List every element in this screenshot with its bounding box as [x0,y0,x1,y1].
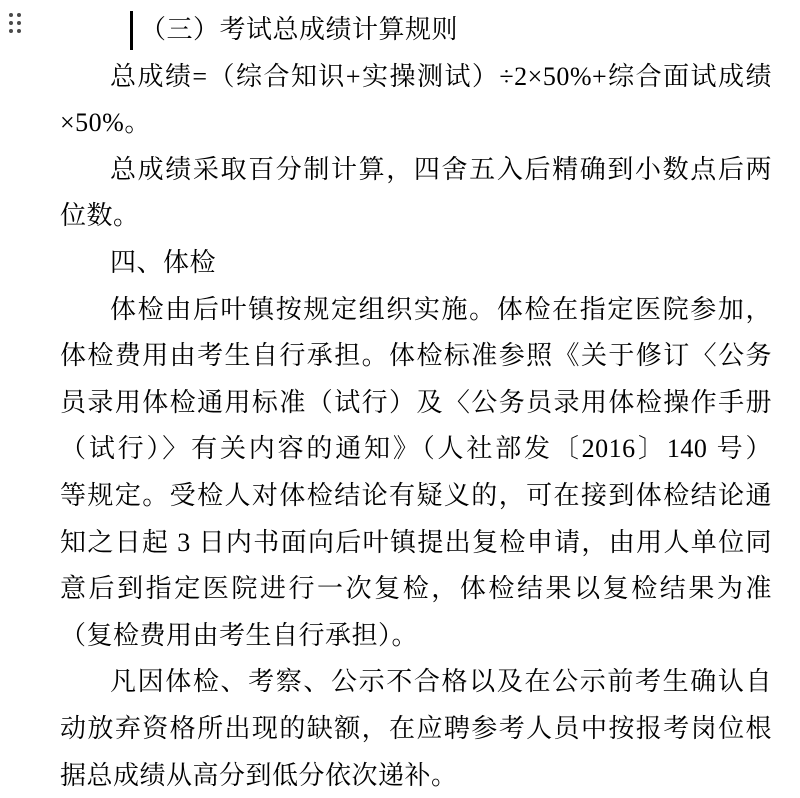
text-line-content: 凡因体检、考察、公示不合格以及在公示前考生确认自 [110,667,772,696]
text-line-content: （试行）〉有关内容的通知》（人社部发〔2016〕140 号） [60,434,772,463]
text-line-content: ×50%。 [60,108,151,137]
text-line-content: 等规定。受检人对体检结论有疑义的，可在接到体检结论通 [60,481,772,510]
document-body: （三）考试总成绩计算规则总成绩=（综合知识+实操测试）÷2×50%+综合面试成绩… [60,7,772,798]
text-line: 体检费用由考生自行承担。体检标准参照《关于修订〈公务 [60,333,772,380]
text-line-content: （复检费用由考生自行承担）。 [60,621,418,650]
text-line: 据总成绩从高分到低分依次递补。 [60,753,772,798]
text-line-content: 员录用体检通用标准（试行）及〈公务员录用体检操作手册 [60,388,772,417]
text-line: 凡因体检、考察、公示不合格以及在公示前考生确认自 [60,659,772,706]
drag-handle-dot [17,21,21,25]
text-line: 动放弃资格所出现的缺额，在应聘参考人员中按报考岗位根 [60,706,772,753]
drag-handle-dot [17,13,21,17]
drag-handle-dot [9,13,13,17]
text-line: 总成绩采取百分制计算，四舍五入后精确到小数点后两 [60,147,772,194]
text-line-content: 意后到指定医院进行一次复检，体检结果以复检结果为准 [60,574,772,603]
text-line: （三）考试总成绩计算规则 [60,7,772,54]
text-cursor [130,11,133,50]
text-line-content: 据总成绩从高分到低分依次递补。 [60,761,458,790]
text-line: （试行）〉有关内容的通知》（人社部发〔2016〕140 号） [60,426,772,473]
document-page: （三）考试总成绩计算规则总成绩=（综合知识+实操测试）÷2×50%+综合面试成绩… [0,0,800,798]
text-line-content: 位数。 [60,201,140,230]
text-line-content: 四、体检 [110,248,216,277]
drag-handle-dot [9,21,13,25]
text-line-content: （三）考试总成绩计算规则 [140,15,458,44]
text-line: 位数。 [60,193,772,240]
text-line: 知之日起 3 日内书面向后叶镇提出复检申请，由用人单位同 [60,520,772,567]
text-line-content: 体检由后叶镇按规定组织实施。体检在指定医院参加， [110,295,772,324]
drag-handle-dot [9,29,13,33]
text-line: ×50%。 [60,100,772,147]
drag-handle-dot [17,29,21,33]
text-line-content: 知之日起 3 日内书面向后叶镇提出复检申请，由用人单位同 [60,528,772,557]
text-line: 员录用体检通用标准（试行）及〈公务员录用体检操作手册 [60,380,772,427]
text-line: 总成绩=（综合知识+实操测试）÷2×50%+综合面试成绩 [60,54,772,101]
text-line-content: 动放弃资格所出现的缺额，在应聘参考人员中按报考岗位根 [60,714,772,743]
drag-handle-icon[interactable] [9,13,21,33]
text-line-content: 总成绩=（综合知识+实操测试）÷2×50%+综合面试成绩 [110,62,772,91]
text-line: 体检由后叶镇按规定组织实施。体检在指定医院参加， [60,287,772,334]
text-line-content: 总成绩采取百分制计算，四舍五入后精确到小数点后两 [110,155,772,184]
text-line: 意后到指定医院进行一次复检，体检结果以复检结果为准 [60,566,772,613]
text-line: 四、体检 [60,240,772,287]
text-line: 等规定。受检人对体检结论有疑义的，可在接到体检结论通 [60,473,772,520]
text-line: （复检费用由考生自行承担）。 [60,613,772,660]
text-line-content: 体检费用由考生自行承担。体检标准参照《关于修订〈公务 [60,341,772,370]
